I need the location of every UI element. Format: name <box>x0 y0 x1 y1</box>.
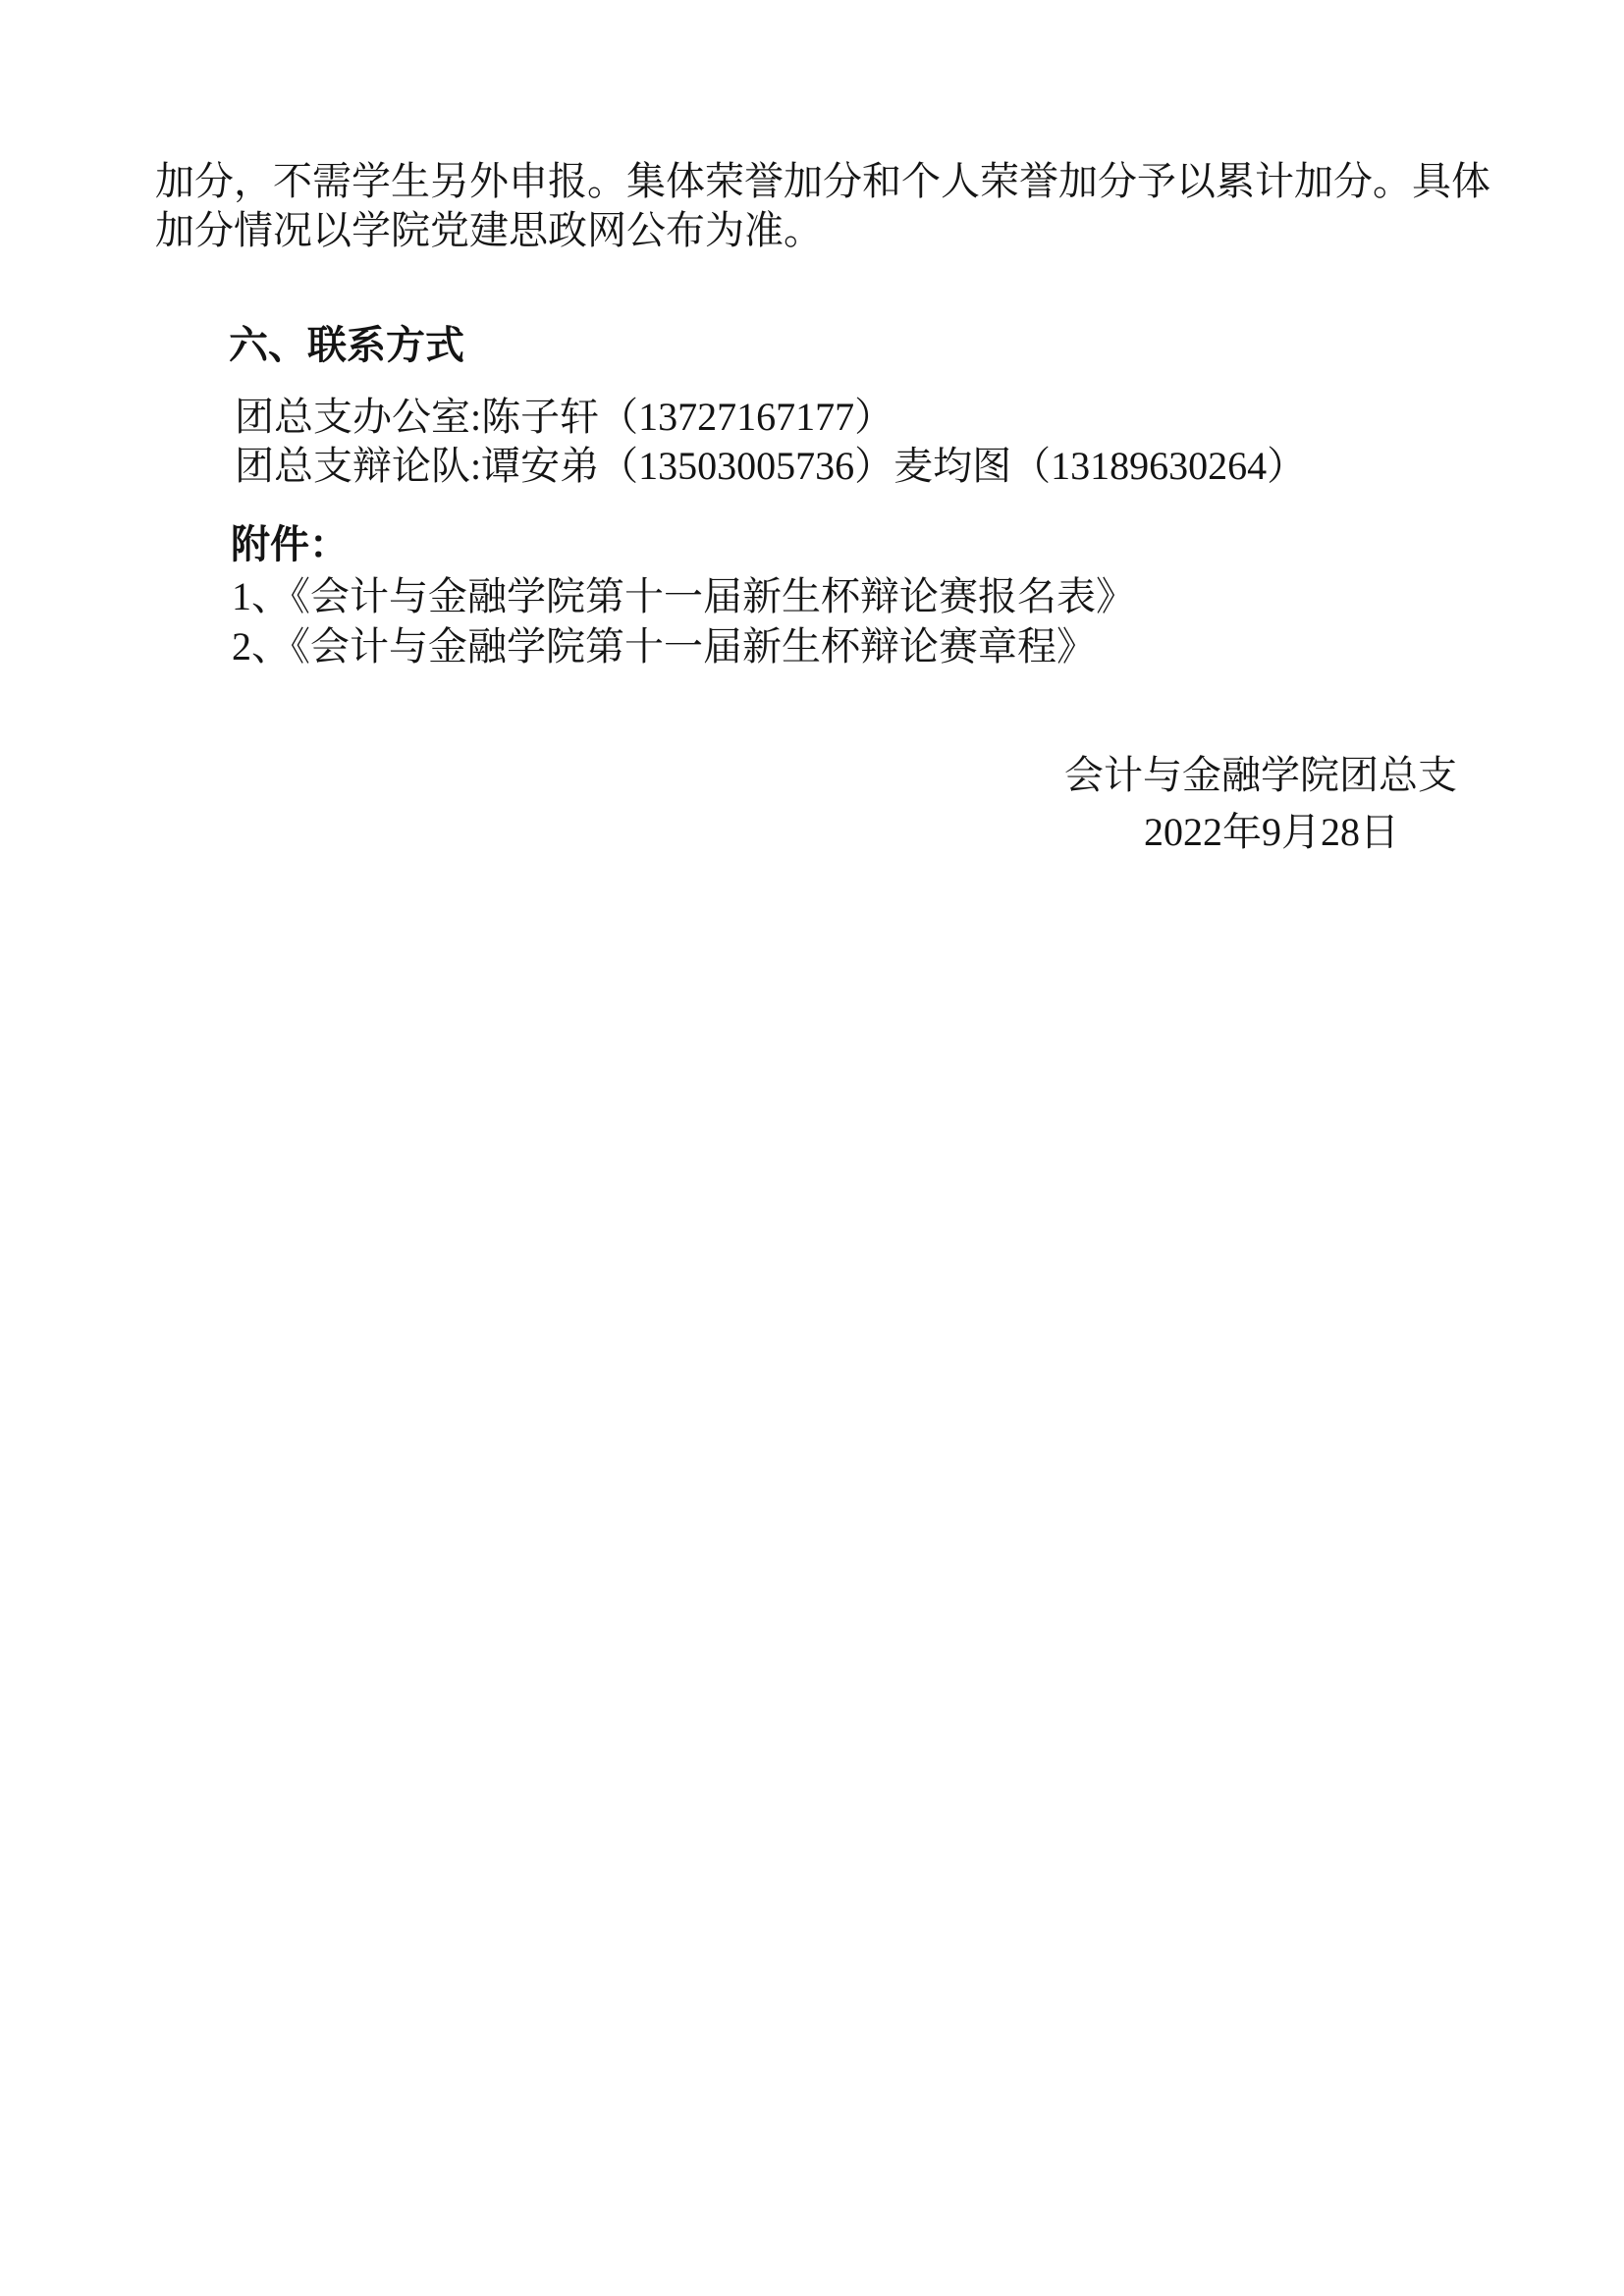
attachments-label: 附件： <box>231 520 349 569</box>
contact-section: 团总支办公室:陈子轩（13727167177） 团总支辩论队:谭安弟（13503… <box>235 393 1306 491</box>
document-page: 加分，不需学生另外申报。集体荣誉加分和个人荣誉加分予以累计加分。具体 加分情况以… <box>0 0 1624 2296</box>
contact-section-heading: 六、联系方式 <box>229 321 464 370</box>
intro-paragraph-line-1: 加分，不需学生另外申报。集体荣誉加分和个人荣誉加分予以累计加分。具体 <box>155 157 1490 206</box>
contact-office-line: 团总支办公室:陈子轩（13727167177） <box>235 393 1306 442</box>
signature-date: 2022年9月28日 <box>1144 808 1399 857</box>
signature-organization: 会计与金融学院团总支 <box>1064 751 1457 800</box>
intro-paragraph-line-2: 加分情况以学院党建思政网公布为准。 <box>155 206 1490 255</box>
attachment-item-2: 2、《会计与金融学院第十一届新生杯辩论赛章程》 <box>232 621 1135 671</box>
intro-paragraph: 加分，不需学生另外申报。集体荣誉加分和个人荣誉加分予以累计加分。具体 加分情况以… <box>155 157 1490 255</box>
attachments-list: 1、《会计与金融学院第十一届新生杯辩论赛报名表》 2、《会计与金融学院第十一届新… <box>232 571 1135 671</box>
contact-debate-team-line: 团总支辩论队:谭安弟（13503005736）麦均图（13189630264） <box>235 442 1306 491</box>
attachment-item-1: 1、《会计与金融学院第十一届新生杯辩论赛报名表》 <box>232 571 1135 621</box>
